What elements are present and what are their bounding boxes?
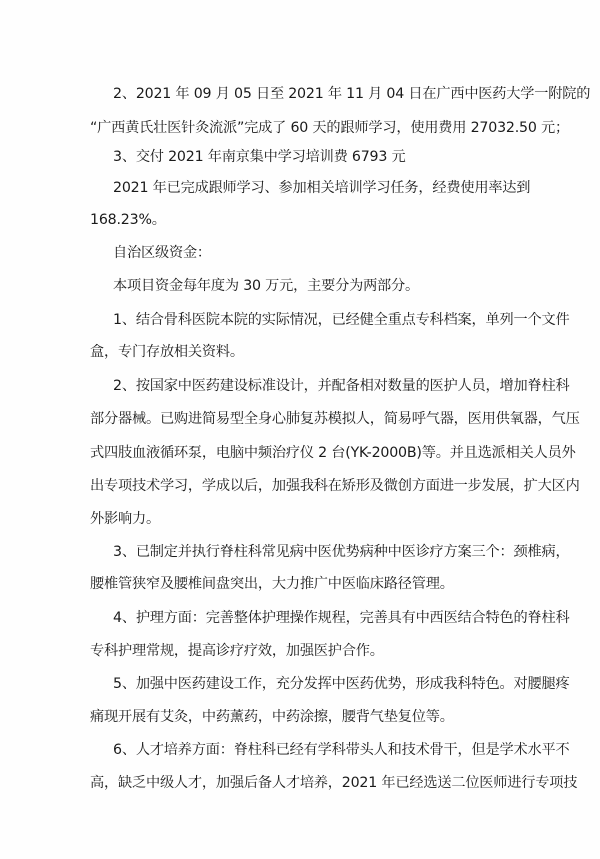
document-page: 2、2021 年 09 月 05 日至 2021 年 11 月 04 日在广西中… xyxy=(0,0,600,859)
section-heading: 自治区级资金： xyxy=(113,243,211,263)
paragraph-line: 腰椎管狭窄及腰椎间盘突出，大力推广中医临床路径管理。 xyxy=(90,574,454,594)
paragraph-line: 2、2021 年 09 月 05 日至 2021 年 11 月 04 日在广西中… xyxy=(113,84,590,104)
paragraph-line: 痛现开展有艾灸，中药薰药，中药涂擦，腰背气垫复位等。 xyxy=(90,707,454,727)
paragraph-line: 出专项技术学习，学成以后，加强我科在矫形及微创方面进一步发展，扩大区内 xyxy=(90,476,580,496)
paragraph-line: 盒，专门存放相关资料。 xyxy=(90,342,244,362)
paragraph-line: 专科护理常规，提高诊疗疗效，加强医护合作。 xyxy=(90,641,384,661)
paragraph-line: 4、护理方面：完善整体护理操作规程，完善具有中西医结合特色的脊柱科 xyxy=(113,608,569,628)
paragraph-line: 3、已制定并执行脊柱科常见病中医优势病种中医诊疗方案三个：颈椎病， xyxy=(113,542,569,562)
paragraph-line: 6、人才培养方面：脊柱科已经有学科带头人和技术骨干，但是学术水平不 xyxy=(113,740,569,760)
paragraph-line: 外影响力。 xyxy=(90,509,160,529)
paragraph-line: 式四肢血液循环泵，电脑中频治疗仪 2 台(YK-2000B)等。并且选派相关人员… xyxy=(90,443,576,463)
paragraph-line: 本项目资金每年度为 30 万元，主要分为两部分。 xyxy=(113,276,419,296)
paragraph-line: 部分器械。已购进简易型全身心肺复苏模拟人，简易呼气器，医用供氧器，气压 xyxy=(90,409,580,429)
paragraph-line: 3、交付 2021 年南京集中学习培训费 6793 元 xyxy=(113,147,406,167)
paragraph-line: 5、加强中医药建设工作，充分发挥中医药优势，形成我科特色。对腰腿疼 xyxy=(113,674,569,694)
paragraph-line: 1、结合骨科医院本院的实际情况，已经健全重点专科档案，单列一个文件 xyxy=(113,310,569,330)
paragraph-line: 168.23%。 xyxy=(90,210,166,230)
paragraph-line: 高，缺乏中级人才，加强后备人才培养，2021 年已经选送二位医师进行专项技 xyxy=(90,773,577,793)
paragraph-line: 2、按国家中医药建设标准设计，并配备相对数量的医护人员，增加脊柱科 xyxy=(113,376,569,396)
paragraph-line: “广西黄氏壮医针灸流派”完成了 60 天的跟师学习，使用费用 27032.50 … xyxy=(90,118,569,138)
paragraph-line: 2021 年已完成跟师学习、参加相关培训学习任务，经费使用率达到 xyxy=(113,178,530,198)
